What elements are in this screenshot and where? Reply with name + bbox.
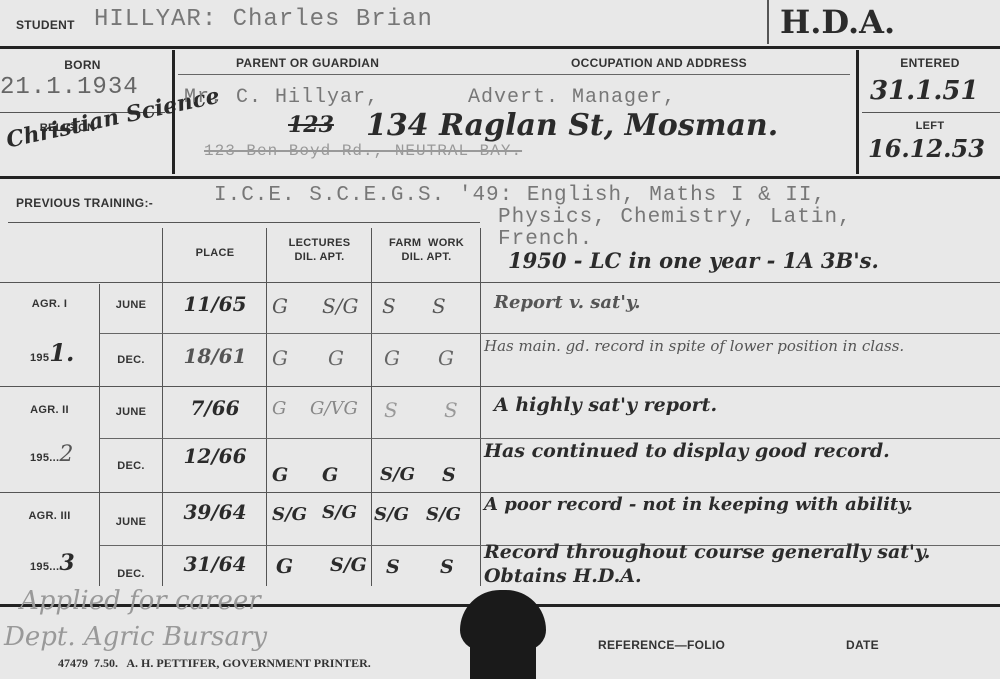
remarks-4: A poor record - not in keeping with abil… xyxy=(484,494,984,516)
farm-apt-0: S xyxy=(432,294,446,318)
training-rule xyxy=(8,222,480,223)
year-2-label: AGR. II xyxy=(0,404,99,416)
farm-dil-5: S xyxy=(386,556,400,578)
entered-value: 31.1.51 xyxy=(870,76,979,106)
place-2: 7/66 xyxy=(164,396,266,420)
born-divider xyxy=(172,50,175,174)
header-lectures: LECTURES xyxy=(268,237,371,249)
place-5: 31/64 xyxy=(164,552,266,576)
term-4: JUNE xyxy=(100,516,162,528)
farm-dil-4: S/G xyxy=(374,504,409,525)
farm-dil-2: S xyxy=(384,398,398,422)
parent-section-rule xyxy=(0,176,1000,179)
lec-dil-2: G xyxy=(272,398,286,419)
header-lectures-sub: DIL. APT. xyxy=(268,251,371,263)
previous-training-line2: Physics, Chemistry, Latin, xyxy=(498,206,852,229)
student-label: STUDENT xyxy=(16,18,75,32)
student-record-card: STUDENT HILLYAR: Charles Brian H.D.A. BO… xyxy=(0,0,1000,679)
farm-dil-1: G xyxy=(384,346,400,370)
place-1: 18/61 xyxy=(164,344,266,368)
year-3-label: AGR. III xyxy=(0,510,99,522)
table-header-rule xyxy=(0,282,1000,283)
row-sep-1-remarks xyxy=(480,333,1000,334)
term-5: DEC. xyxy=(100,568,162,580)
term-2: JUNE xyxy=(100,406,162,418)
student-name: HILLYAR: Charles Brian xyxy=(94,6,433,33)
year-2-value: 195...2 xyxy=(30,442,73,467)
farm-apt-1: G xyxy=(438,346,454,370)
term-1: DEC. xyxy=(100,354,162,366)
lec-apt-3: G xyxy=(322,464,338,486)
lec-apt-0: S/G xyxy=(322,294,358,318)
previous-training-line1: I.C.E. S.C.E.G.S. '49: English, Maths I … xyxy=(214,184,826,207)
date-label: DATE xyxy=(846,638,879,652)
farm-dil-0: S xyxy=(382,294,396,318)
lec-apt-5: S/G xyxy=(330,554,367,576)
parent-label: PARENT OR GUARDIAN xyxy=(236,56,379,70)
lec-apt-4: S/G xyxy=(322,502,357,523)
lec-dil-1: G xyxy=(272,346,288,370)
printer-line: 47479 7.50. A. H. PETTIFER, GOVERNMENT P… xyxy=(58,656,371,671)
remarks-2: A highly sat'y report. xyxy=(494,394,717,416)
place-4: 39/64 xyxy=(164,500,266,524)
previous-training-label: PREVIOUS TRAINING:- xyxy=(16,196,153,210)
place-3: 12/66 xyxy=(164,444,266,468)
previous-training-handwritten: 1950 - LC in one year - 1A 3B's. xyxy=(508,248,879,273)
lec-dil-3: G xyxy=(272,464,288,486)
entered-rule xyxy=(862,112,1000,113)
remarks-0: Report v. sat'y. xyxy=(494,292,641,313)
term-0: JUNE xyxy=(100,299,162,311)
year-1-label: AGR. I xyxy=(0,298,99,310)
born-value: 21.1.1934 xyxy=(0,74,139,101)
farm-apt-4: S/G xyxy=(426,504,461,525)
lec-apt-2: G/VG xyxy=(310,398,358,419)
pencil-note-line1: Applied for career xyxy=(20,586,261,616)
remarks-5: Record throughout course generally sat'y… xyxy=(484,540,984,588)
col-divider-year-term xyxy=(99,284,100,586)
pencil-note-line2: Dept. Agric Bursary xyxy=(4,622,267,652)
header-rule xyxy=(0,46,1000,49)
header-farm-work: FARM WORK xyxy=(373,237,480,249)
header-place: PLACE xyxy=(164,247,266,259)
left-value: 16.12.53 xyxy=(868,134,985,163)
punch-hole-stem xyxy=(470,640,536,679)
born-label: BORN xyxy=(0,58,165,72)
term-3: DEC. xyxy=(100,460,162,472)
row-sep-1 xyxy=(100,333,480,334)
left-label: LEFT xyxy=(860,120,1000,132)
farm-apt-3: S xyxy=(442,464,456,486)
remarks-1: Has main. gd. record in spite of lower p… xyxy=(484,336,994,356)
remarks-3: Has continued to display good record. xyxy=(484,440,984,462)
course-label: H.D.A. xyxy=(780,3,895,41)
lec-apt-1: G xyxy=(328,346,344,370)
farm-dil-3: S/G xyxy=(380,464,415,485)
parent-rule xyxy=(178,74,850,75)
address-new: 134 Raglan St, Mosman. xyxy=(366,108,778,143)
header-divider xyxy=(767,0,769,44)
address-old: 123 Ben Boyd Rd., NEUTRAL BAY. xyxy=(204,142,522,160)
occupation-label: OCCUPATION AND ADDRESS xyxy=(571,56,747,70)
lec-dil-4: S/G xyxy=(272,504,307,525)
year-3-value: 195...3 xyxy=(30,550,75,576)
place-0: 11/65 xyxy=(164,292,266,316)
parent-name: Mr. C. Hillyar, xyxy=(184,86,379,109)
row-sep-2 xyxy=(100,438,1000,439)
occupation-value: Advert. Manager, xyxy=(468,86,676,109)
farm-apt-5: S xyxy=(440,556,454,578)
entered-label: ENTERED xyxy=(860,56,1000,70)
year-sep-2 xyxy=(0,492,1000,493)
lec-dil-0: G xyxy=(272,294,288,318)
reference-folio-label: REFERENCE—FOLIO xyxy=(598,638,725,652)
year-sep-1 xyxy=(0,386,1000,387)
lec-dil-5: G xyxy=(276,554,293,578)
year-1-value: 1951. xyxy=(30,338,74,367)
farm-apt-2: S xyxy=(444,398,458,422)
address-strike-number: 123 xyxy=(288,112,334,138)
entered-divider xyxy=(856,50,859,174)
header-farm-work-sub: DIL. APT. xyxy=(373,251,480,263)
